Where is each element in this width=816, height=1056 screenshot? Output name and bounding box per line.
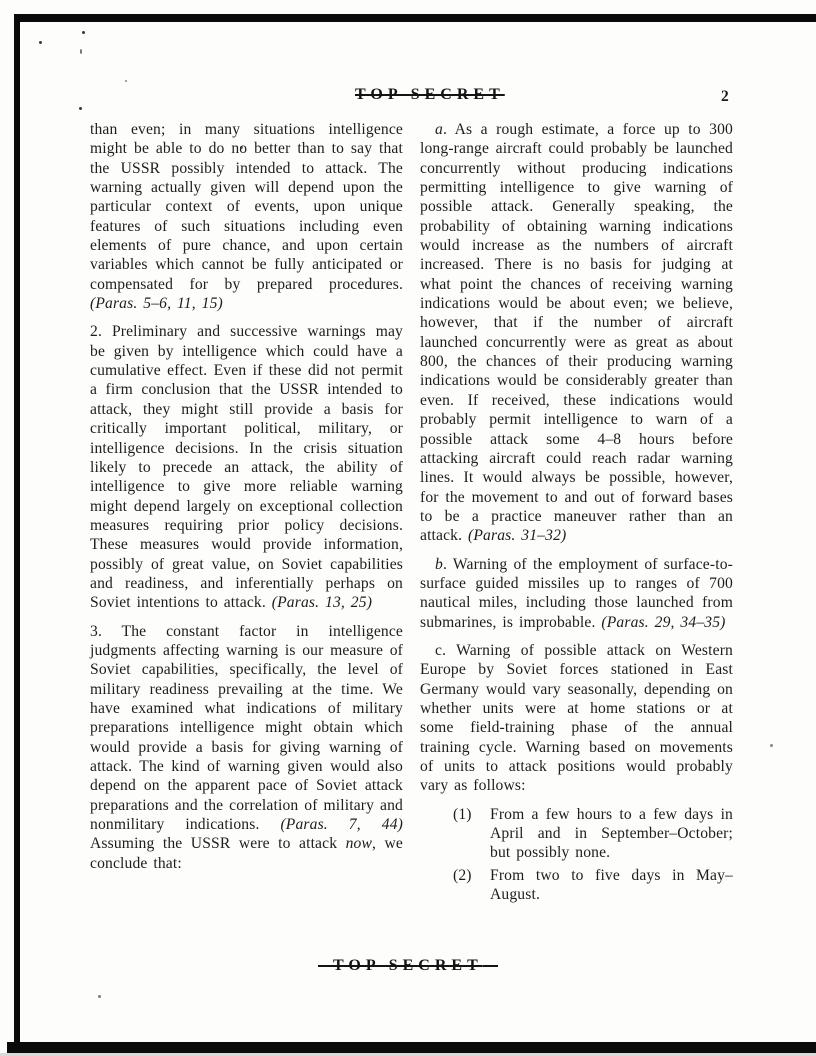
list-item-2-text: From two to five days in May–August. xyxy=(490,866,733,905)
list-item-2-marker: (2) xyxy=(453,866,490,905)
paragraph-a: a. As a rough estimate, a force up to 30… xyxy=(420,120,733,546)
classification-header: TOP SECRET xyxy=(355,86,505,104)
list-item-1-marker: (1) xyxy=(453,805,490,863)
classification-header-text: TOP SECRET xyxy=(355,86,505,103)
strike-line-right xyxy=(483,965,498,967)
scan-border-top xyxy=(14,14,816,22)
scan-speckle xyxy=(82,31,85,34)
scan-speckle xyxy=(770,744,773,747)
scanned-document-page: TOP SECRET 2 than even; in many situatio… xyxy=(0,0,816,1056)
scan-border-left xyxy=(14,14,20,1046)
scan-speckle xyxy=(98,995,101,998)
paragraph-b: b. Warning of the employment of surface-… xyxy=(420,555,733,632)
scan-speckle xyxy=(80,49,82,54)
paragraph-intro-continuation: than even; in many situations intelligen… xyxy=(90,120,403,313)
page-number: 2 xyxy=(721,88,729,106)
scan-speckle xyxy=(125,80,127,82)
left-column: than even; in many situations intelligen… xyxy=(90,120,403,882)
paragraph-3: 3. The constant factor in intelligence j… xyxy=(90,622,403,873)
classification-footer: TOP SECRET xyxy=(318,957,498,975)
right-column: a. As a rough estimate, a force up to 30… xyxy=(420,120,733,907)
classification-footer-text: TOP SECRET xyxy=(333,957,483,975)
paragraph-2: 2. Preliminary and successive warnings m… xyxy=(90,322,403,612)
scan-speckle xyxy=(39,41,42,44)
scan-speckle xyxy=(79,107,82,110)
list-item-2: (2) From two to five days in May–August. xyxy=(453,866,733,905)
list-item-1: (1) From a few hours to a few days in Ap… xyxy=(453,805,733,863)
strike-line-left xyxy=(318,965,333,967)
scan-border-bottom xyxy=(7,1042,816,1053)
paragraph-c: c. Warning of possible attack on Western… xyxy=(420,641,733,796)
list-item-1-text: From a few hours to a few days in April … xyxy=(490,805,733,863)
